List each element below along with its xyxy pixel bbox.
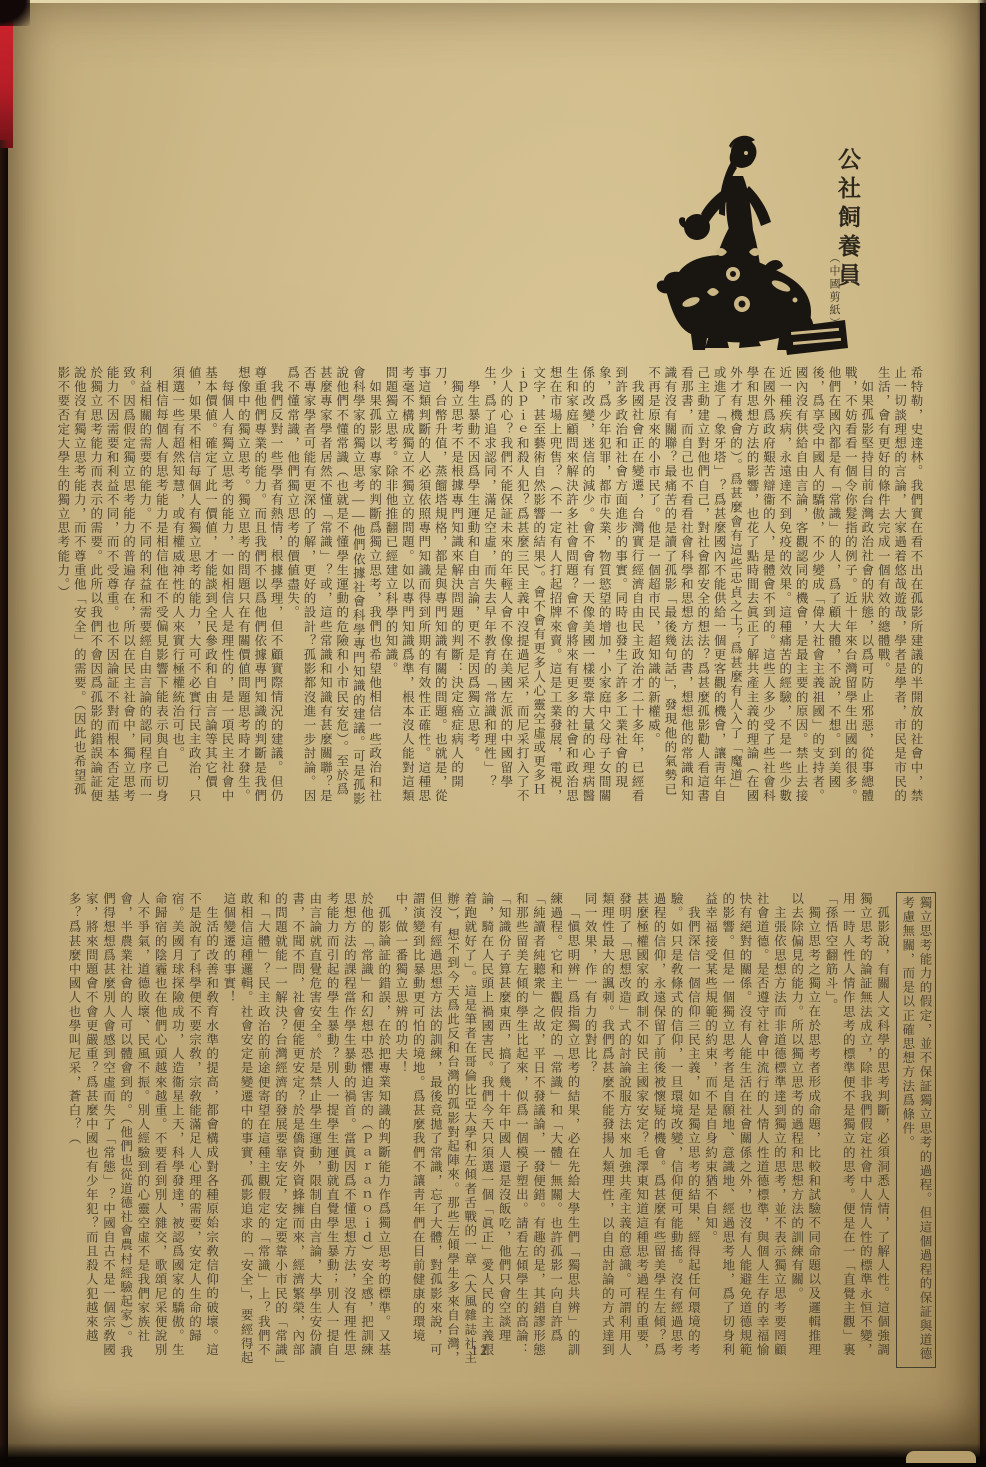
scanned-magazine-page: 公社飼養員 （中國剪紙） 希特勒，史達林。我們實在看不出在孤影所建議的半開放的社… — [0, 0, 986, 1467]
text-paragraph: 學生暴動不因爲學生運動和自由言論，更不是因爲獨立思考。 — [465, 366, 481, 808]
text-paragraph: 孤影說，有關人文科學的思考判斷，必須洞悉人情，了解人性。這個強調獨立思考的論証無… — [822, 892, 891, 1368]
scan-corner-black — [0, 0, 30, 26]
text-paragraph: 「愼思明辨」爲指獨立思考的結果，必在先給大學生們「獨思共辨」的訓練過程。它和主觀… — [392, 892, 581, 1368]
illustration-caption: （中國剪紙） — [826, 252, 842, 330]
text-paragraph: 我們深信一個信仰三民主義，如是獨立思考的結果，經得起任何環境的考驗。如只是敎條式… — [581, 892, 701, 1368]
text-paragraph: 獨立思考不是根據專門知識來解決問題的判斷：決定癌症病人的開刀，台幣升值，蒸餾塔規… — [383, 366, 465, 808]
text-paragraph: 如果孤影以專家的判斷爲獨立思考，我們也希望他相信一些政治和社會科學家的獨立思考—… — [284, 366, 382, 808]
article-bottom-text-block: 獨立思考能力的假定，並不保証獨立思考的過程。但這個過程的保証與道德考慮無關，而是… — [36, 892, 936, 1368]
text-paragraph: 獨立思考能力的假定，並不保証獨立思考的過程。但這個過程的保証與道德考慮無關，而是… — [896, 892, 936, 1368]
scan-edge-top — [0, 0, 986, 3]
text-paragraph: 我國社會正在變遷，台灣實行經濟自由民主政治才二十多年，已經看到許多政治和社會方面… — [481, 366, 645, 808]
text-paragraph: 生活的改善和敎育水準的提高，都會構成對各種原始宗敎信仰的破壞。這不是說有了科學便… — [65, 892, 220, 1368]
page-number: 12 — [450, 1343, 510, 1360]
text-paragraph: 我們反對一些學者有熱情，根據學理，但不顧實際情況的建議。但仍尊重他們專業的能力。… — [235, 366, 284, 808]
article-top-text-block: 希特勒，史達林。我們實在看不出在孤影所建議的半開放的社會中，禁止一切談理想的言論… — [56, 366, 924, 808]
text-paragraph: 每個人有獨立思考的能力，一如相信人是理性的，是一項民主社會中基本價値。確定了此一… — [169, 366, 235, 808]
text-paragraph: 希特勒，史達林。我們實在看不出在孤影所建議的半開放的社會中，禁止一切談理想的言論… — [875, 366, 924, 808]
text-paragraph: 孤影論証的錯誤，在於把專業知識的判斷能力作爲獨立思考的標準。又基於他的「常識」和… — [220, 892, 392, 1368]
pig-feeding-papercut — [645, 132, 850, 362]
papercut-illustration — [645, 132, 850, 362]
scan-edge-bottom — [0, 1443, 986, 1467]
scan-edge-right — [977, 0, 986, 1467]
text-paragraph: 如果孤影堅持目前台灣政治社會的狀態，以爲可防止邪惡，從事總體戰，不妨看看一個令你… — [645, 366, 875, 808]
scan-edge-left — [0, 140, 8, 1467]
text-paragraph: 相信每個人有思考能力是相信他在不受偏見影響下能表示與自己切身利益相關的需要的能力… — [56, 366, 169, 808]
scan-bottom-right-tear — [906, 1451, 976, 1463]
text-paragraph: 主張依思想方法而非道德標準達到獨立的思考，並不表示獨立思考要罔顧社會道德。是否遵… — [701, 892, 787, 1368]
text-paragraph: 獨立思考之獨立在於思考者形成命題，比較和試驗不同命題以及邏輯推理以去除偏見的能力… — [787, 892, 821, 1368]
